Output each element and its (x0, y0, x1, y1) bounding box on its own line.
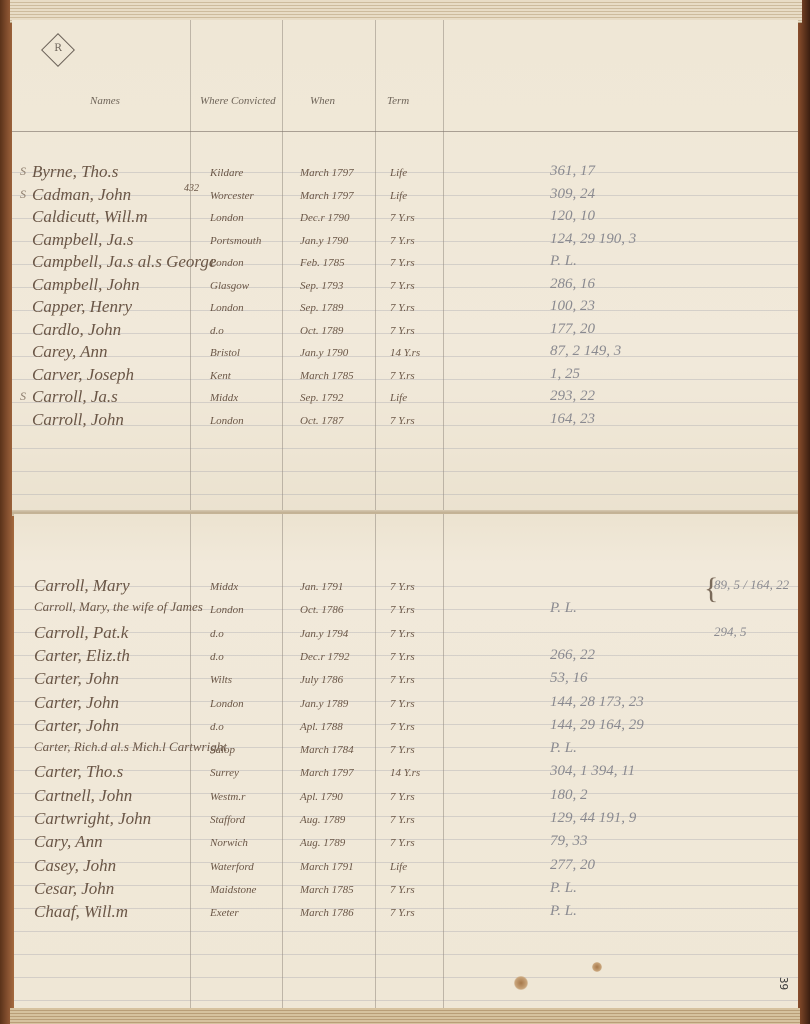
entry-reference: P. L. (550, 740, 577, 757)
stamp-glyph: R (48, 40, 68, 58)
table-row: Campbell, Ja.sPortsmouthJan.y 17907 Y.rs… (12, 230, 798, 254)
entry-when: Jan. 1791 (300, 581, 343, 593)
entry-term: 7 Y.rs (390, 698, 415, 710)
table-row: SCarroll, Ja.sMiddxSep. 1792Life293, 22 (12, 387, 798, 411)
entry-name: Carroll, Pat.k (34, 623, 128, 643)
entry-term: 7 Y.rs (390, 907, 415, 919)
table-row: Cartnell, JohnWestm.rApl. 17907 Y.rs180,… (14, 786, 798, 810)
table-row: Carter, JohnLondonJan.y 17897 Y.rs144, 2… (14, 693, 798, 717)
entry-term: 7 Y.rs (390, 257, 415, 269)
table-row: Caldicutt, Will.mLondonDec.r 17907 Y.rs1… (12, 207, 798, 231)
column-header-term: Term (387, 95, 409, 107)
entry-reference: 144, 29 164, 29 (550, 717, 644, 734)
margin-mark: S (20, 164, 26, 179)
entry-term: 7 Y.rs (390, 744, 415, 756)
entry-term: 7 Y.rs (390, 721, 415, 733)
page-stack-bottom (10, 1008, 800, 1024)
entry-reference: 120, 10 (550, 208, 595, 225)
entry-where-convicted: Middx (210, 392, 238, 404)
entry-where-convicted: Glasgow (210, 280, 249, 292)
entry-term: 7 Y.rs (390, 325, 415, 337)
entry-reference: P. L. (550, 600, 577, 617)
table-row: Cartwright, JohnStaffordAug. 17897 Y.rs1… (14, 809, 798, 833)
entry-where-convicted: Stafford (210, 814, 245, 826)
entry-reference: 361, 17 (550, 163, 595, 180)
entry-where-convicted: Maidstone (210, 884, 256, 896)
entry-when: Jan.y 1794 (300, 628, 348, 640)
entry-where-convicted: Westm.r (210, 791, 245, 803)
table-row: Casey, JohnWaterfordMarch 1791Life277, 2… (14, 856, 798, 880)
table-row: Carter, Rich.d al.s Mich.l CartwrightSal… (14, 739, 798, 763)
entry-term: 7 Y.rs (390, 651, 415, 663)
entry-term: 7 Y.rs (390, 674, 415, 686)
column-header-where-convicted: Where Convicted (200, 95, 276, 107)
entry-where-convicted: d.o (210, 325, 224, 337)
entry-name: Carey, Ann (32, 342, 108, 362)
entry-when: Oct. 1787 (300, 415, 343, 427)
entry-name: Carroll, John (32, 410, 124, 430)
entry-when: Sep. 1792 (300, 392, 343, 404)
entry-name: Carroll, Mary (34, 576, 130, 596)
table-row: Carter, Tho.sSurreyMarch 179714 Y.rs304,… (14, 762, 798, 786)
entry-when: March 1791 (300, 861, 354, 873)
entry-where-convicted: d.o (210, 628, 224, 640)
entry-side-reference: 89, 5 / 164, 22 (714, 577, 789, 593)
entry-term: Life (390, 167, 407, 179)
entry-when: Jan.y 1790 (300, 235, 348, 247)
table-row: Capper, HenryLondonSep. 17897 Y.rs100, 2… (12, 297, 798, 321)
entry-where-convicted: Portsmouth (210, 235, 261, 247)
entry-term: Life (390, 190, 407, 202)
entry-when: Jan.y 1789 (300, 698, 348, 710)
entry-reference: 304, 1 394, 11 (550, 763, 635, 780)
entry-name: Chaaf, Will.m (34, 902, 128, 922)
entry-name: Carter, Tho.s (34, 762, 123, 782)
entry-reference: 293, 22 (550, 388, 595, 405)
entry-where-convicted: London (210, 257, 244, 269)
entry-name: Byrne, Tho.s (32, 162, 118, 182)
entry-name: Cesar, John (34, 879, 114, 899)
header-rule (12, 131, 798, 132)
table-row: Cesar, JohnMaidstoneMarch 17857 Y.rsP. L… (14, 879, 798, 903)
entry-when: Dec.r 1790 (300, 212, 350, 224)
entry-where-convicted: London (210, 302, 244, 314)
entry-when: March 1785 (300, 370, 354, 382)
entry-term: 7 Y.rs (390, 212, 415, 224)
entry-reference: 53, 16 (550, 670, 588, 687)
ledger-page-top: R Names Where Convicted When Term SByrne… (12, 20, 798, 512)
entry-name: Campbell, John (32, 275, 140, 295)
entry-when: Oct. 1789 (300, 325, 343, 337)
entry-name: Carroll, Mary, the wife of James (34, 599, 203, 615)
entry-reference: 1, 25 (550, 366, 580, 383)
entry-reference: 164, 23 (550, 411, 595, 428)
entry-name: Carter, John (34, 669, 119, 689)
entry-term: 7 Y.rs (390, 235, 415, 247)
entry-where-convicted: Norwich (210, 837, 248, 849)
entry-where-convicted: London (210, 698, 244, 710)
entry-reference: 144, 28 173, 23 (550, 694, 644, 711)
margin-mark: S (20, 389, 26, 404)
entry-term: 7 Y.rs (390, 370, 415, 382)
entry-name: Capper, Henry (32, 297, 132, 317)
entry-term: 7 Y.rs (390, 604, 415, 616)
entry-where-convicted: London (210, 415, 244, 427)
entry-name: Carter, John (34, 693, 119, 713)
table-row: SByrne, Tho.sKildareMarch 1797Life361, 1… (12, 162, 798, 186)
table-row: Carroll, JohnLondonOct. 17877 Y.rs164, 2… (12, 410, 798, 434)
ink-stain (592, 962, 602, 972)
entry-reference: P. L. (550, 880, 577, 897)
table-row: SCadman, John432WorcesterMarch 1797Life3… (12, 185, 798, 209)
entry-when: March 1786 (300, 907, 354, 919)
table-row: Carroll, MaryMiddxJan. 17917 Y.rs89, 5 /… (14, 576, 798, 600)
entry-term: 7 Y.rs (390, 791, 415, 803)
entry-term: 14 Y.rs (390, 767, 420, 779)
entry-when: March 1785 (300, 884, 354, 896)
entry-reference: 277, 20 (550, 857, 595, 874)
entry-where-convicted: Salop (210, 744, 235, 756)
entry-term: 7 Y.rs (390, 581, 415, 593)
table-row: Carter, Eliz.thd.oDec.r 17927 Y.rs266, 2… (14, 646, 798, 670)
entry-where-convicted: d.o (210, 651, 224, 663)
entry-side-reference: 294, 5 (714, 624, 747, 640)
entry-name: Campbell, Ja.s (32, 230, 134, 250)
entry-where-convicted: London (210, 604, 244, 616)
entry-name: Carroll, Ja.s (32, 387, 118, 407)
entry-name: Cardlo, John (32, 320, 121, 340)
entry-term: Life (390, 861, 407, 873)
entry-when: Jan.y 1790 (300, 347, 348, 359)
entry-term: 7 Y.rs (390, 280, 415, 292)
ledger-page-bottom: { Carroll, MaryMiddxJan. 17917 Y.rs89, 5… (14, 514, 798, 1008)
entry-note: 432 (184, 183, 199, 194)
entry-name: Carter, Rich.d al.s Mich.l Cartwright (34, 739, 227, 755)
table-row: Carroll, Pat.kd.oJan.y 17947 Y.rs294, 5 (14, 623, 798, 647)
entry-reference: 79, 33 (550, 833, 588, 850)
entry-where-convicted: Exeter (210, 907, 239, 919)
entry-when: March 1797 (300, 767, 354, 779)
entry-term: 7 Y.rs (390, 415, 415, 427)
entry-term: 7 Y.rs (390, 837, 415, 849)
page-number: 39 (777, 977, 790, 990)
entry-where-convicted: d.o (210, 721, 224, 733)
entry-name: Carter, Eliz.th (34, 646, 130, 666)
entry-when: July 1786 (300, 674, 343, 686)
ink-stain (514, 976, 528, 990)
entry-where-convicted: Middx (210, 581, 238, 593)
entry-reference: 266, 22 (550, 647, 595, 664)
column-header-names: Names (90, 95, 120, 107)
entry-reference: 177, 20 (550, 321, 595, 338)
entry-term: 7 Y.rs (390, 814, 415, 826)
entry-reference: 129, 44 191, 9 (550, 810, 636, 827)
margin-mark: S (20, 187, 26, 202)
entry-where-convicted: Surrey (210, 767, 239, 779)
entry-where-convicted: Wilts (210, 674, 232, 686)
entry-where-convicted: Kildare (210, 167, 243, 179)
entry-where-convicted: Kent (210, 370, 231, 382)
table-row: Cary, AnnNorwichAug. 17897 Y.rs79, 33 (14, 832, 798, 856)
entry-where-convicted: Bristol (210, 347, 240, 359)
entry-where-convicted: London (210, 212, 244, 224)
table-row: Carey, AnnBristolJan.y 179014 Y.rs87, 2 … (12, 342, 798, 366)
entry-name: Casey, John (34, 856, 116, 876)
entry-reference: 124, 29 190, 3 (550, 231, 636, 248)
entry-reference: 286, 16 (550, 276, 595, 293)
entry-name: Carver, Joseph (32, 365, 134, 385)
table-row: Chaaf, Will.mExeterMarch 17867 Y.rsP. L. (14, 902, 798, 926)
entry-when: March 1797 (300, 190, 354, 202)
entry-reference: P. L. (550, 253, 577, 270)
entry-reference: 309, 24 (550, 186, 595, 203)
entry-when: March 1797 (300, 167, 354, 179)
entry-when: Feb. 1785 (300, 257, 345, 269)
entry-where-convicted: Worcester (210, 190, 254, 202)
table-row: Carver, JosephKentMarch 17857 Y.rs1, 25 (12, 365, 798, 389)
entry-when: March 1784 (300, 744, 354, 756)
table-row: Carroll, Mary, the wife of JamesLondonOc… (14, 599, 798, 623)
entry-term: 14 Y.rs (390, 347, 420, 359)
column-header-when: When (310, 95, 335, 107)
entry-name: Cary, Ann (34, 832, 103, 852)
table-row: Carter, Johnd.oApl. 17887 Y.rs144, 29 16… (14, 716, 798, 740)
entry-when: Apl. 1790 (300, 791, 343, 803)
entry-reference: 180, 2 (550, 787, 588, 804)
entry-reference: P. L. (550, 903, 577, 920)
entry-name: Cadman, John (32, 185, 131, 205)
entry-reference: 100, 23 (550, 298, 595, 315)
entry-name: Campbell, Ja.s al.s George (32, 252, 216, 272)
entry-name: Carter, John (34, 716, 119, 736)
entry-when: Sep. 1789 (300, 302, 343, 314)
entry-term: Life (390, 392, 407, 404)
entry-when: Oct. 1786 (300, 604, 343, 616)
entry-where-convicted: Waterford (210, 861, 254, 873)
entry-reference: 87, 2 149, 3 (550, 343, 621, 360)
entry-term: 7 Y.rs (390, 884, 415, 896)
entry-name: Cartnell, John (34, 786, 132, 806)
table-row: Campbell, JohnGlasgowSep. 17937 Y.rs286,… (12, 275, 798, 299)
table-row: Cardlo, Johnd.oOct. 17897 Y.rs177, 20 (12, 320, 798, 344)
table-row: Carter, JohnWiltsJuly 17867 Y.rs53, 16 (14, 669, 798, 693)
book-binding-right (798, 0, 810, 1024)
table-row: Campbell, Ja.s al.s GeorgeLondonFeb. 178… (12, 252, 798, 276)
entry-when: Aug. 1789 (300, 837, 345, 849)
entry-when: Aug. 1789 (300, 814, 345, 826)
entry-name: Caldicutt, Will.m (32, 207, 148, 227)
entry-term: 7 Y.rs (390, 302, 415, 314)
entry-when: Dec.r 1792 (300, 651, 350, 663)
entry-when: Apl. 1788 (300, 721, 343, 733)
entry-name: Cartwright, John (34, 809, 151, 829)
entry-term: 7 Y.rs (390, 628, 415, 640)
entry-when: Sep. 1793 (300, 280, 343, 292)
